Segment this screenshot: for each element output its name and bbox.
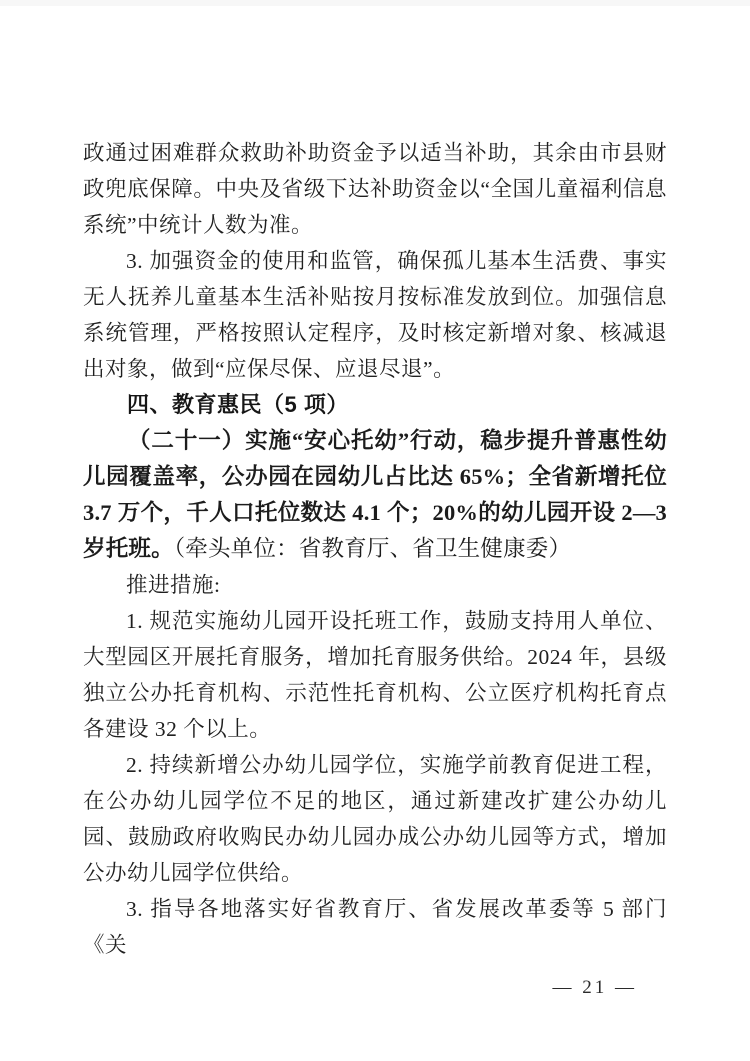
paragraph-item3-funds-supervision: 3. 加强资金的使用和监管，确保孤儿基本生活费、事实无人抚养儿童基本生活补贴按月… [83,243,667,387]
scan-edge-shadow [0,0,750,6]
text-block: 政通过困难群众救助补助资金予以适当补助，其余由市县财政兜底保障。中央及省级下达补… [83,135,667,963]
measure-3-paragraph-partial: 3. 指导各地落实好省教育厅、省发展改革委等 5 部门《关 [83,891,667,963]
measures-label: 推进措施: [83,567,667,603]
measure-2-paragraph: 2. 持续新增公办幼儿园学位，实施学前教育促进工程，在公办幼儿园学位不足的地区，… [83,747,667,891]
item21-lead-unit-text: （牵头单位：省教育厅、省卫生健康委） [174,536,571,561]
measure-1-paragraph: 1. 规范实施幼儿园开设托班工作，鼓励支持用人单位、大型园区开展托育服务，增加托… [83,603,667,747]
paragraph-continuation: 政通过困难群众救助补助资金予以适当补助，其余由市县财政兜底保障。中央及省级下达补… [83,135,667,243]
paragraph-item21-childcare: （二十一）实施“安心托幼”行动，稳步提升普惠性幼儿园覆盖率，公办园在园幼儿占比达… [83,423,667,567]
page-number: — 21 — [83,977,667,999]
section-heading-education-benefits: 四、教育惠民（5 项） [83,387,667,423]
document-page: 政通过困难群众救助补助资金予以适当补助，其余由市县财政兜底保障。中央及省级下达补… [0,0,750,1061]
